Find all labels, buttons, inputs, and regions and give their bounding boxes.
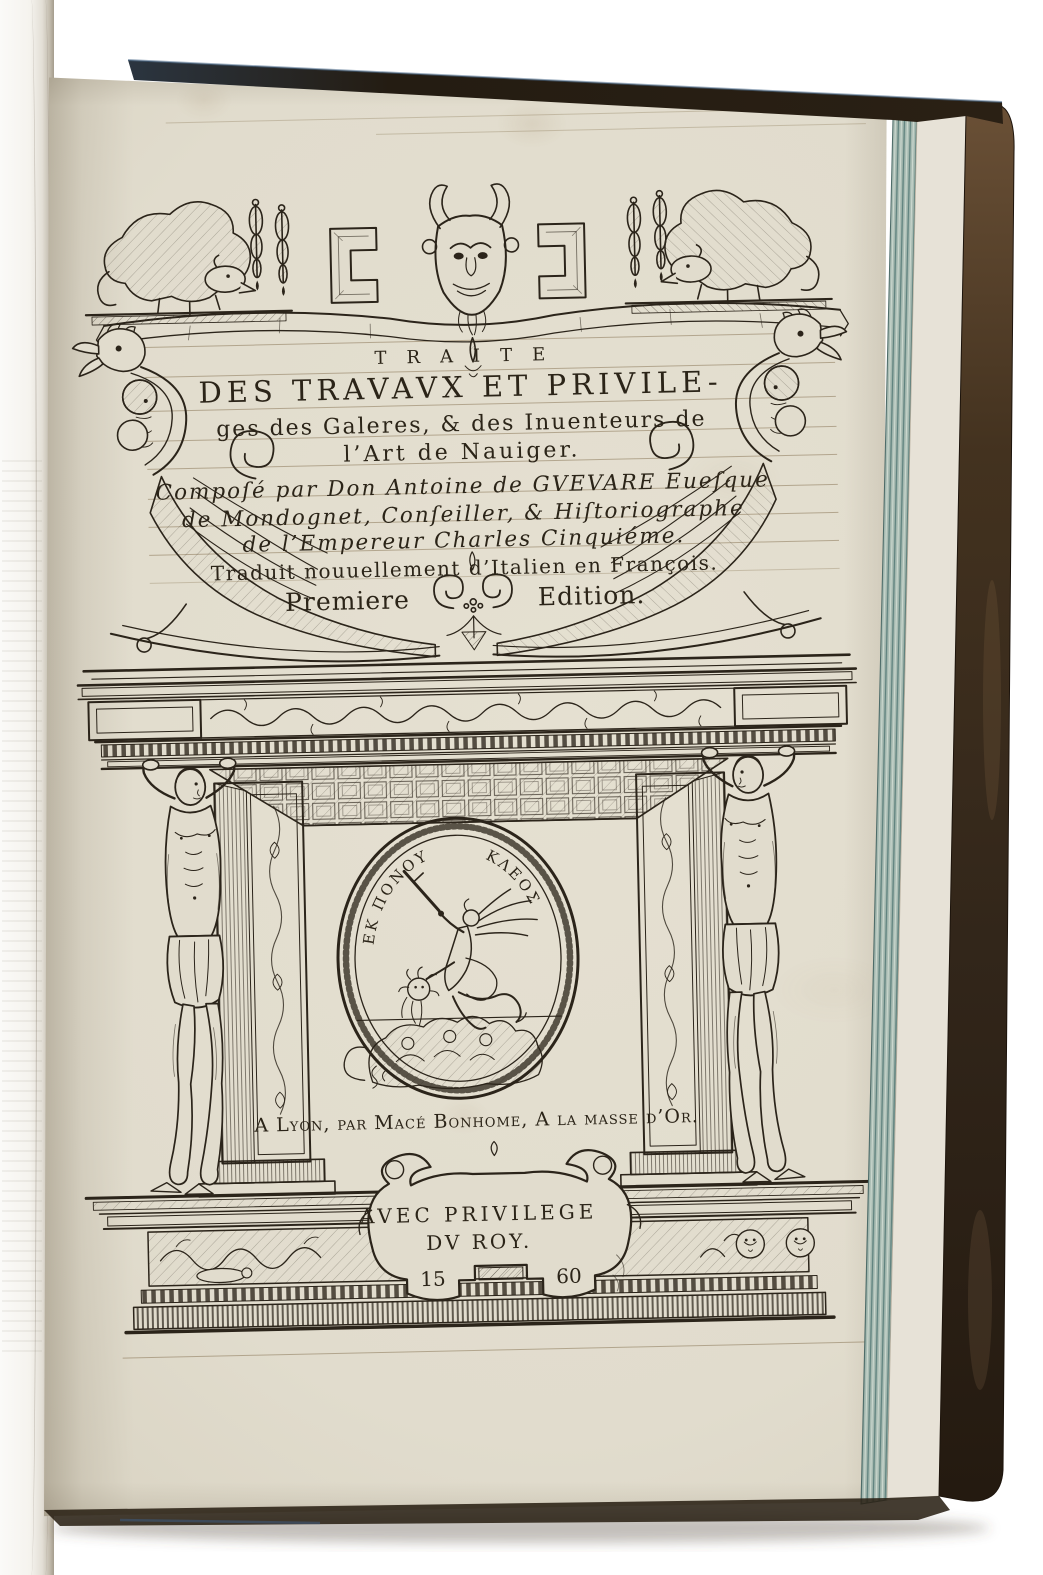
imprint-line: A Lyon, par Macé Bonhome, A la maſſe d’O… [57,1101,895,1141]
leather-cover-edge [939,103,1014,1502]
privilege-line1: AVEC PRIVILEGE [59,1193,897,1235]
ruled-line [150,568,840,584]
atlante-right-figure [612,746,806,1188]
grotesque-mask-engraving [421,183,521,377]
ruled-line [146,396,836,412]
perseus-figure-engraving [340,868,563,1091]
title-sub-line1: ges des Galeres, & des Inuenteurs de [42,403,880,446]
edition-statement: Premiere Edition. [46,575,884,622]
year-right-digits: 60 [539,1263,600,1288]
endpaper-band [887,114,966,1500]
entablature-engraving [78,669,858,770]
book-photograph: ΕΚ ΠΟΝΟΥ ΚΛΕΟΣ [0,0,1043,1575]
svg-text:ΕΚ ΠΟΝΟΥ: ΕΚ ΠΟΝΟΥ [357,846,433,946]
ruled-line [149,512,839,528]
printed-area: ΕΚ ΠΟΝΟΥ ΚΛΕΟΣ [35,69,904,1525]
ruled-line [123,1341,885,1359]
edition-word-right: Edition. [538,580,646,611]
ruled-line [148,484,838,500]
medallion-motto-left: ΕΚ ΠΟΝΟΥ [357,846,433,946]
translation-note: Traduit nouuellement d’Italien en Franço… [45,547,883,589]
title-kicker: TRAITE [41,337,879,376]
ruled-line [376,123,866,135]
medallion-engraving: ΕΚ ΠΟΝΟΥ ΚΛΕΟΣ [335,816,581,1101]
top-frieze-engraving [83,176,849,385]
ledge-engraving [83,610,850,680]
woodcut-border: ΕΚ ΠΟΝΟΥ ΚΛΕΟΣ [35,69,904,1525]
ruled-line [145,332,835,348]
medallion-motto-right: ΚΛΕΟΣ [483,845,545,909]
ruled-line [147,426,837,442]
author-line2: de Mondognet, Conſeiller, & Hiſtoriograp… [44,493,882,536]
side-scroll-engravings [72,308,853,664]
svg-text:ΚΛΕΟΣ: ΚΛΕΟΣ [483,845,545,909]
year-left-digits: 15 [403,1266,464,1291]
ruled-line [166,107,866,123]
leather-sheen [968,1210,992,1390]
title-sub-line2: l’Art de Nauiger. [43,431,881,474]
author-line1: Compoſé par Don Antoine de GVEVARE Eueſq… [44,465,882,508]
edition-word-left: Premiere [285,585,410,617]
book-cast-shadow [50,1513,990,1543]
coffered-soffit-engraving [210,758,729,827]
bottom-edge-highlight [120,1520,320,1523]
ruled-line [145,362,835,378]
title-page: ΕΚ ΠΟΝΟΥ ΚΛΕΟΣ [44,60,890,1522]
atlante-left-figure [142,756,336,1198]
privilege-cartouche [357,1138,642,1301]
base-engraving [86,1181,873,1333]
leather-sheen [983,580,1001,820]
ruled-line [149,540,839,556]
title-main-line: DES TRAVAVX ET PRIVILE- [41,361,880,413]
privilege-line2: DV ROY. [60,1221,898,1263]
show-through-text [2,460,42,1360]
ruled-line [147,454,837,470]
edition-ornament [433,551,513,651]
author-line3: de l’Empereur Charles Cinquiéme. [45,519,883,562]
